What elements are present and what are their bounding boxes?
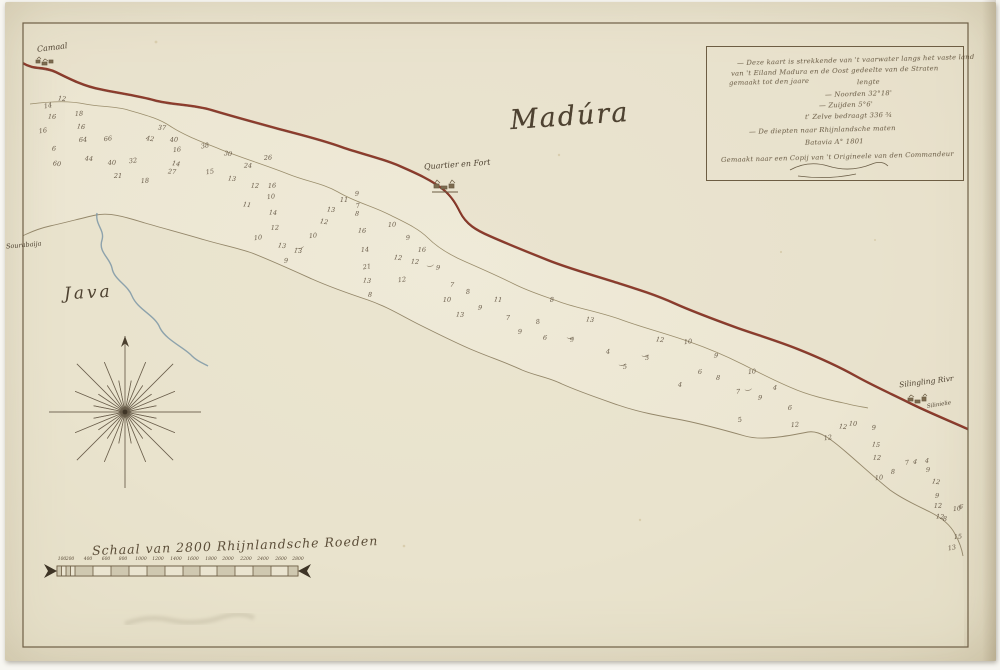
cartouche-line: t' Zelve bedraagt 336 ¾ bbox=[805, 112, 893, 121]
scale-tick-label: 800 bbox=[119, 558, 128, 563]
depth-sounding: 8 bbox=[466, 289, 471, 296]
depth-sounding: 60 bbox=[52, 160, 61, 168]
depth-sounding: 26 bbox=[264, 154, 273, 161]
depth-sounding: 8 bbox=[943, 516, 947, 523]
cartouche-line: — Zuijden 5°6' bbox=[819, 101, 873, 109]
depth-sounding: 16 bbox=[418, 247, 427, 254]
depth-sounding: 44 bbox=[85, 156, 94, 163]
depth-sounding: 12 bbox=[839, 423, 848, 430]
depth-sounding: 21 bbox=[362, 263, 371, 271]
depth-sounding: 21 bbox=[114, 173, 122, 180]
depth-sounding: 12 bbox=[251, 183, 260, 190]
depth-sounding: 6 bbox=[788, 405, 792, 412]
map-scan: Madúra Java Camaal Quartier en Fort Sour… bbox=[0, 0, 1000, 670]
scale-tick-label: 600 bbox=[102, 558, 111, 563]
scale-tick-label: 200 bbox=[66, 558, 75, 563]
depth-sounding: 4 bbox=[773, 385, 778, 392]
depth-sounding: 7 bbox=[450, 282, 455, 289]
depth-sounding: 16 bbox=[76, 123, 85, 130]
depth-sounding: 12 bbox=[873, 455, 882, 462]
depth-sounding: 18 bbox=[141, 177, 150, 184]
depth-sounding: 12 bbox=[393, 254, 402, 262]
depth-sounding: 10 bbox=[748, 368, 757, 375]
depth-sounding: 13 bbox=[227, 175, 236, 182]
depth-sounding: 12 bbox=[791, 421, 800, 428]
paper-edge-shadow bbox=[982, 0, 996, 661]
depth-sounding: 11 bbox=[242, 201, 251, 209]
depth-sounding: 11 bbox=[494, 296, 503, 303]
depth-sounding: 40 bbox=[170, 137, 178, 144]
cartouche-line: lengte bbox=[857, 79, 880, 86]
scale-tick-label: 2200 bbox=[240, 558, 251, 563]
depth-sounding: 38 bbox=[200, 142, 209, 150]
scale-tick-label: 400 bbox=[84, 558, 93, 563]
depth-sounding: 13 bbox=[362, 277, 371, 284]
depth-sounding: 27 bbox=[168, 168, 177, 175]
depth-sounding: 9 bbox=[284, 258, 288, 265]
depth-sounding: 8 bbox=[550, 297, 555, 304]
depth-sounding: 13 bbox=[947, 544, 956, 552]
depth-sounding: 13 bbox=[277, 242, 286, 250]
scale-tick-label: 2800 bbox=[292, 558, 303, 563]
depth-sounding: 40 bbox=[108, 160, 117, 167]
depth-sounding: 12 bbox=[411, 259, 420, 266]
region-label-madura: Madúra bbox=[509, 99, 630, 134]
depth-sounding: 7 bbox=[506, 315, 510, 322]
depth-sounding: 4 bbox=[606, 349, 610, 356]
scale-tick-label: 1600 bbox=[187, 558, 198, 563]
cartouche-line: Batavia A° 1801 bbox=[805, 138, 864, 146]
depth-sounding: 6 bbox=[52, 146, 56, 153]
depth-sounding: 13 bbox=[585, 316, 594, 323]
depth-sounding: 10 bbox=[309, 232, 318, 239]
cartouche-line: — Deze kaart is strekkende van 't vaarwa… bbox=[737, 54, 975, 67]
depth-sounding: 7 bbox=[736, 389, 740, 396]
depth-sounding: 14 bbox=[269, 210, 278, 217]
depth-sounding: 12 bbox=[934, 503, 942, 510]
scale-tick-label: 2600 bbox=[275, 558, 286, 563]
depth-sounding: 4 bbox=[678, 382, 682, 389]
depth-sounding: 15 bbox=[954, 533, 963, 540]
depth-sounding: 9 bbox=[935, 493, 940, 500]
depth-sounding: 10 bbox=[874, 474, 883, 481]
depth-sounding: 64 bbox=[79, 137, 88, 144]
depth-sounding: 7 bbox=[904, 459, 909, 466]
depth-sounding: 37 bbox=[158, 124, 167, 131]
depth-sounding: 42 bbox=[145, 135, 154, 143]
depth-sounding: 10 bbox=[683, 338, 692, 345]
depth-sounding: 10 bbox=[253, 234, 262, 241]
scale-tick-label: 2400 bbox=[257, 558, 268, 563]
cartouche-line: — De diepten naar Rhijnlandsche maten bbox=[749, 125, 896, 136]
depth-sounding: 12 bbox=[58, 95, 67, 102]
depth-sounding: 9 bbox=[518, 329, 523, 336]
depth-sounding: 13 bbox=[327, 206, 336, 213]
depth-sounding: 16 bbox=[38, 127, 47, 135]
scale-bar bbox=[44, 564, 311, 578]
depth-sounding: 16 bbox=[268, 183, 277, 190]
depth-sounding: 10 bbox=[443, 297, 451, 304]
depth-sounding: 5 bbox=[737, 416, 742, 423]
depth-sounding: 7 bbox=[355, 202, 360, 209]
depth-sounding: 16 bbox=[358, 228, 366, 235]
scale-tick-label: 1000 bbox=[135, 558, 146, 563]
depth-sounding: 15 bbox=[871, 441, 880, 448]
cartouche: — Deze kaart is strekkende van 't vaarwa… bbox=[706, 46, 964, 181]
depth-sounding: 9 bbox=[355, 191, 360, 198]
depth-sounding: 18 bbox=[75, 110, 84, 117]
depth-sounding: 8 bbox=[891, 469, 895, 476]
depth-sounding: 12 bbox=[655, 336, 664, 344]
depth-sounding: 12 bbox=[931, 478, 940, 486]
depth-sounding: 6 bbox=[543, 335, 548, 342]
scale-tick-label: 1200 bbox=[152, 558, 163, 563]
depth-sounding: 16 bbox=[48, 114, 56, 121]
depth-sounding: 9 bbox=[872, 425, 877, 432]
depth-sounding: 8 bbox=[716, 375, 721, 382]
cartouche-line: gemaakt tot den jaare bbox=[729, 78, 809, 87]
region-label-java: Java bbox=[64, 284, 114, 304]
cartouche-line: van 't Eiland Madura en de Oost gedeelte… bbox=[731, 65, 939, 77]
depth-sounding: 8 bbox=[535, 318, 540, 325]
depth-sounding: 32 bbox=[128, 157, 137, 164]
depth-sounding: 6 bbox=[698, 369, 702, 376]
depth-sounding: 16 bbox=[173, 146, 182, 153]
depth-sounding: 12 bbox=[271, 225, 280, 232]
depth-sounding: 14 bbox=[361, 246, 370, 253]
depth-sounding: 66 bbox=[103, 135, 112, 143]
depth-sounding: 10 bbox=[388, 222, 397, 229]
depth-sounding: 8 bbox=[355, 211, 360, 218]
depth-sounding: 15 bbox=[205, 168, 214, 176]
depth-sounding: 8 bbox=[368, 292, 372, 299]
depth-sounding: 11 bbox=[340, 197, 348, 204]
depth-sounding: 12 bbox=[823, 434, 832, 442]
depth-sounding: 10 bbox=[266, 193, 275, 201]
depth-sounding: 14 bbox=[43, 102, 52, 110]
depth-sounding: 4 bbox=[925, 458, 929, 465]
scale-tick-label: 2000 bbox=[222, 558, 233, 563]
depth-sounding: 9 bbox=[926, 467, 930, 474]
depth-sounding: 12 bbox=[397, 276, 406, 283]
cartouche-line: Gemaakt naar een Copij van 't Origineele… bbox=[721, 151, 954, 164]
cartouche-line: — Noorden 32°18' bbox=[825, 90, 892, 99]
depth-sounding: 9 bbox=[405, 234, 410, 241]
depth-sounding: 12 bbox=[319, 218, 328, 226]
depth-sounding: 13 bbox=[456, 312, 464, 319]
depth-sounding: 30 bbox=[224, 150, 233, 157]
scale-tick-label: 1400 bbox=[170, 558, 181, 563]
depth-sounding: 14 bbox=[171, 160, 180, 168]
scale-tick-label: 1800 bbox=[205, 558, 216, 563]
depth-sounding: 10 bbox=[849, 421, 857, 428]
depth-sounding: 24 bbox=[244, 163, 252, 170]
